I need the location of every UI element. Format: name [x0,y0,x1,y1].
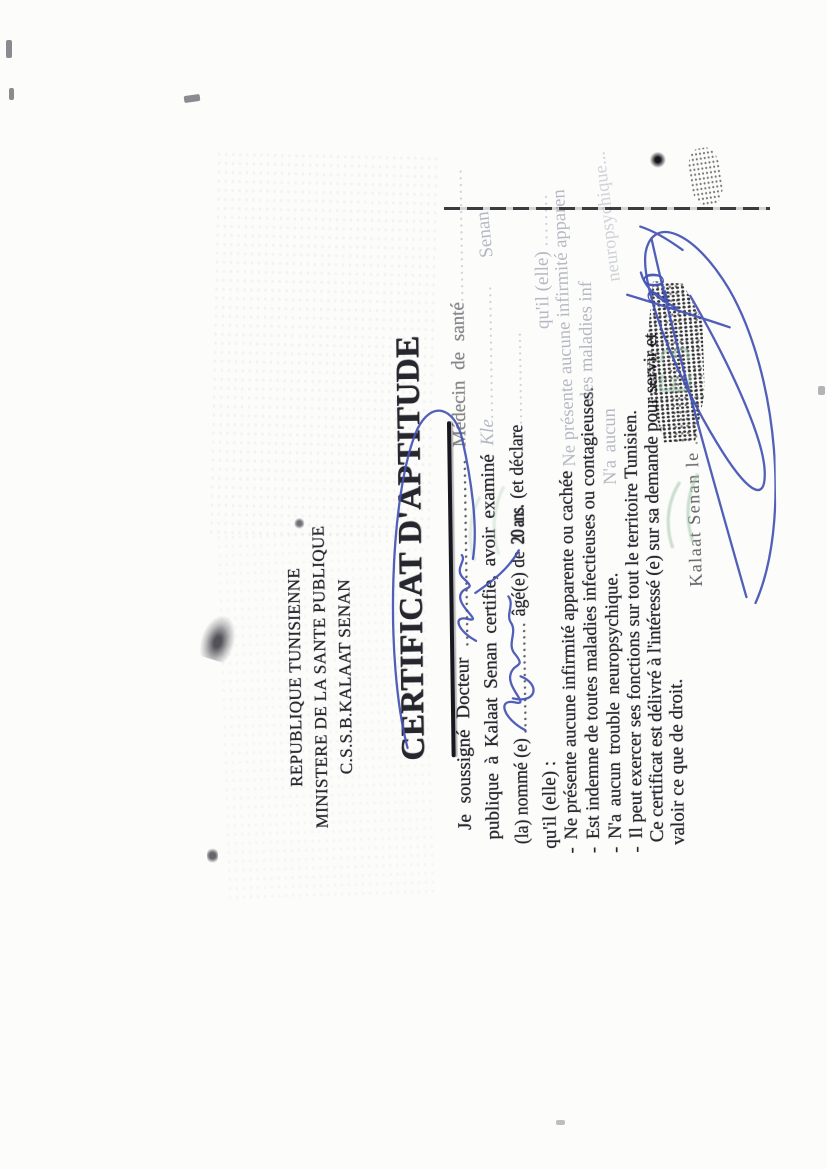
ink-overlay [151,133,783,1002]
certificate-document: REPUBLIQUE TUNISIENNE MINISTERE DE LA SA… [151,133,783,1002]
green-stamp-group [468,348,699,561]
blue-ink-group [388,225,779,748]
signature-ink-scribble [627,293,729,328]
patient-name-handwriting [513,676,534,699]
signature-ink-scribble [651,237,746,598]
scan-speck [6,40,12,58]
scan-speck [9,88,14,100]
doctor-name-handwriting [458,555,476,641]
scanned-certificate-page: REPUBLIQUE TUNISIENNE MINISTERE DE LA SA… [0,0,827,1169]
scan-speck [818,386,825,395]
signature-ink-scribble [645,231,777,605]
scan-speck [556,1120,565,1125]
doctor-name-handwriting [475,550,520,593]
green-stamp-mark [668,474,699,548]
patient-name-handwriting [503,596,525,730]
date-handwriting-stroke [640,226,683,309]
scan-speck [184,94,201,103]
